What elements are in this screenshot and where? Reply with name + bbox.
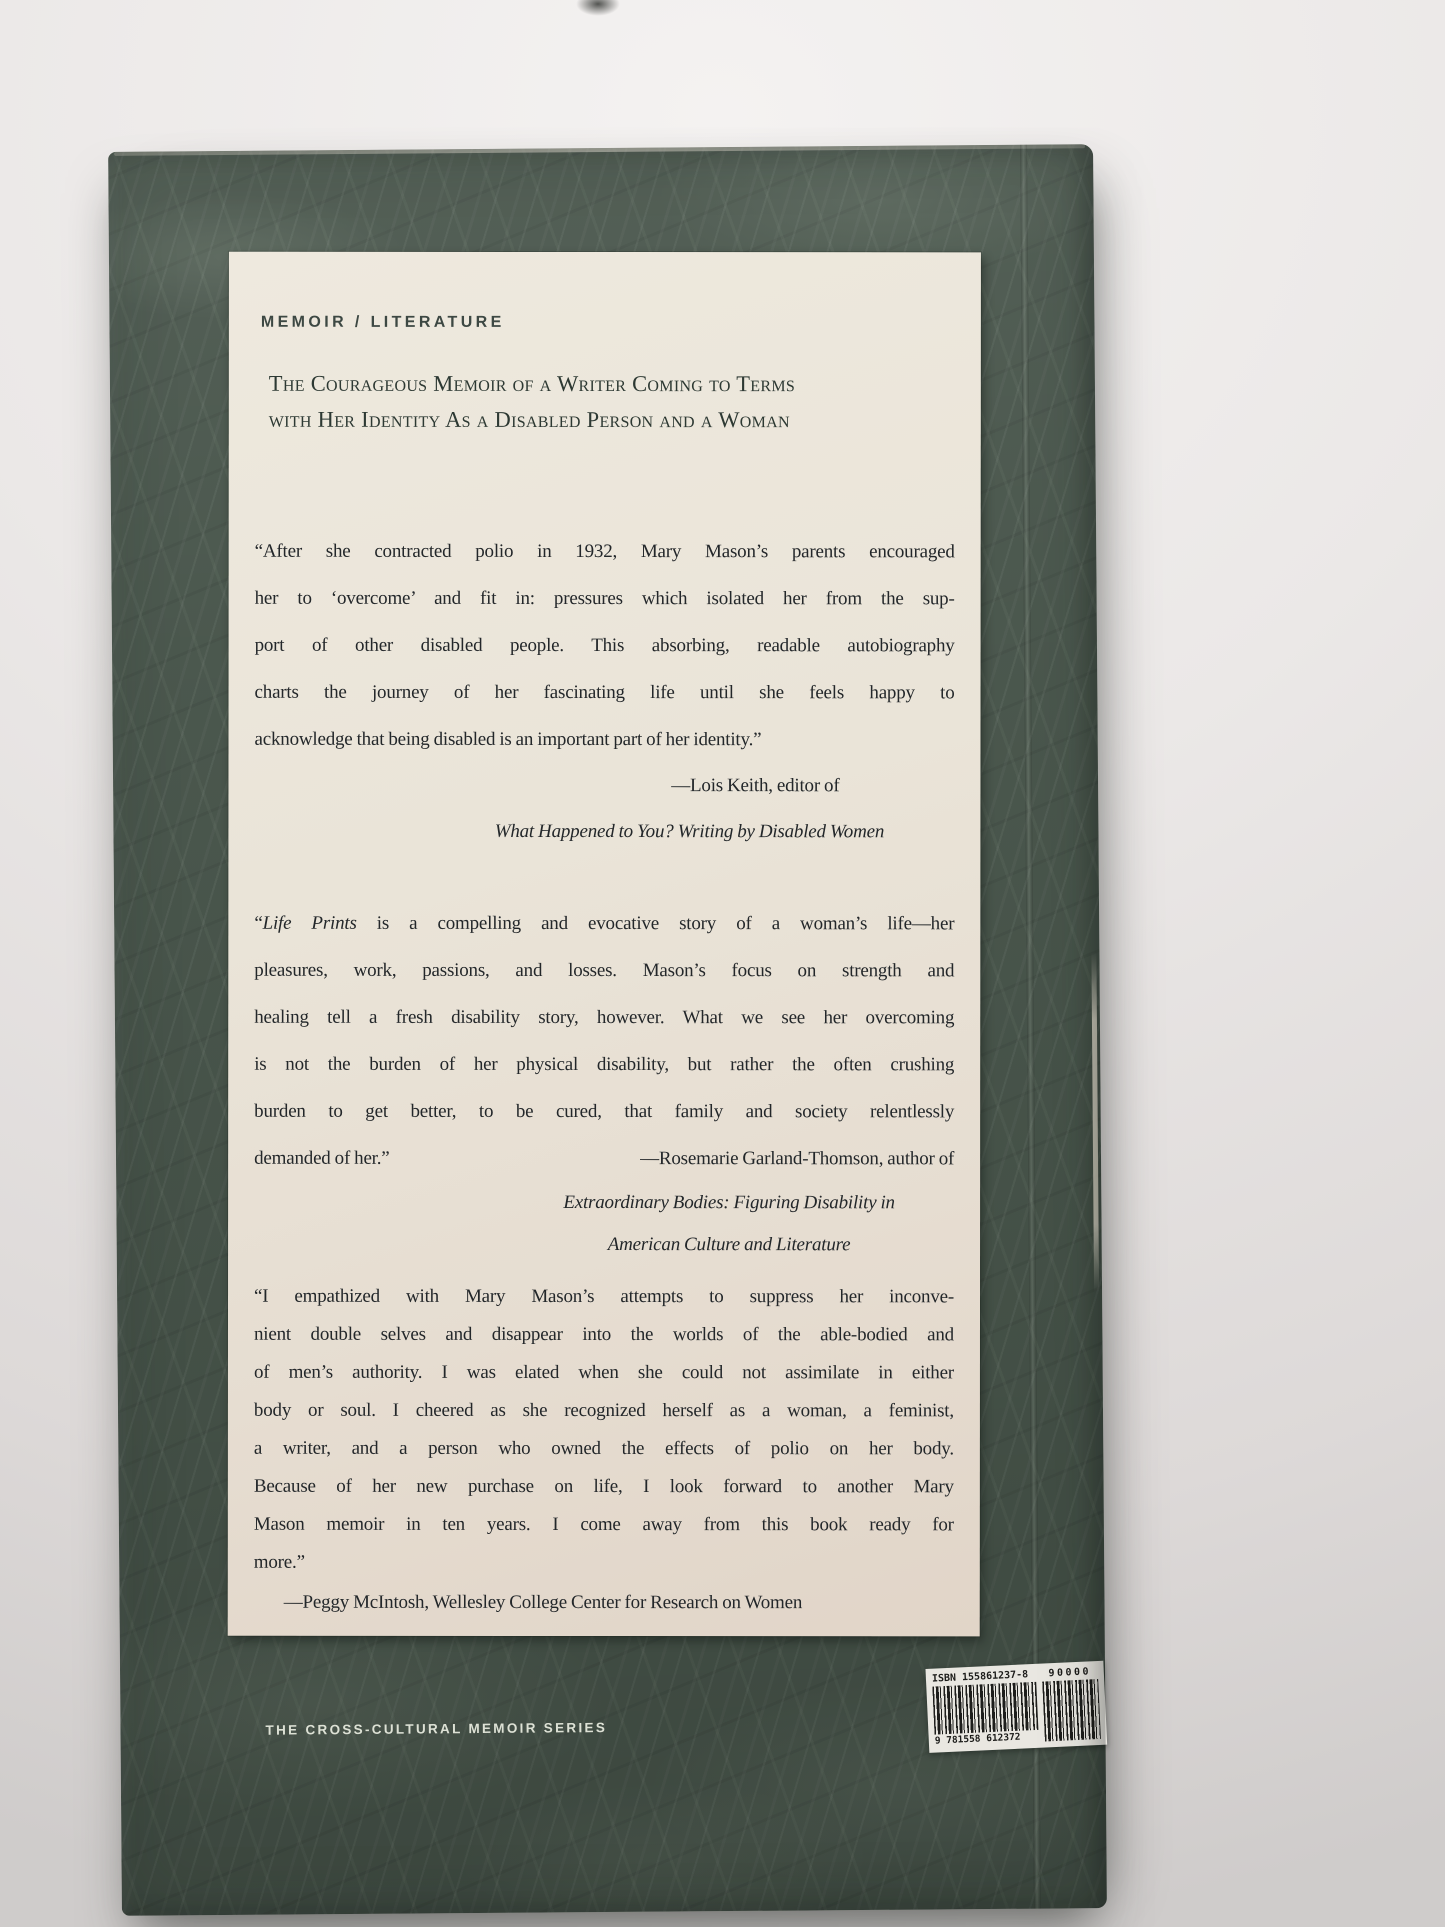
quote-line: port of other disabled people. This abso… [255,622,955,670]
quote-line: “After she contracted polio in 1932, Mar… [255,528,955,576]
quote-line: healing tell a fresh disability story, h… [254,994,954,1042]
quote-line: nient double selves and disappear into t… [254,1316,954,1355]
blurb-garland-thomson: “Life Prints is a compelling and evocati… [254,900,954,1267]
barcode-supplement-group: 90000 [1042,1666,1101,1742]
blurb-attribution: —Peggy McIntosh, Wellesley College Cente… [254,1582,954,1625]
cited-work-title: American Culture and Literature [254,1224,954,1267]
headline-line-1: The Courageous Memoir of a Writer Coming… [269,366,955,403]
page-edge-sliver [1091,952,1099,1292]
book-title-italic: Life Prints [263,913,357,934]
quote-line: Mason memoir in ten years. I come away f… [254,1506,954,1545]
quote-line: of men’s authority. I was elated when sh… [254,1354,954,1393]
blurb-attribution: —Rosemarie Garland-Thomson, author of [640,1135,954,1182]
quote-line: body or soul. I cheered as she recognize… [254,1392,954,1431]
quote-line: Because of her new purchase on life, I l… [254,1468,954,1507]
photo-smudge [576,0,620,16]
series-title: THE CROSS-CULTURAL MEMOIR SERIES [265,1720,607,1738]
quote-line-end: demanded of her.” [254,1135,389,1182]
cited-work-title: Extraordinary Bodies: Figuring Disabilit… [254,1182,954,1225]
ean-barcode [932,1682,1038,1735]
quote-line: more.” [254,1544,954,1583]
quote-line: burden to get better, to be cured, that … [254,1088,954,1136]
blurb-attribution: —Lois Keith, editor of [254,763,954,810]
quote-line: acknowledge that being disabled is an im… [254,716,954,764]
photo-backdrop: MEMOIR / LITERATURE The Courageous Memoi… [0,0,1445,1927]
genre-label: MEMOIR / LITERATURE [261,314,955,333]
quote-line: charts the journey of her fascinating li… [255,669,955,717]
price-supplement-code: 90000 [1042,1666,1098,1680]
quote-last-line: demanded of her.” —Rosemarie Garland-Tho… [254,1135,954,1183]
quote-line: is not the burden of her physical disabi… [254,1041,954,1089]
blurb-peggy-mcintosh: “I empathized with Mary Mason’s attempts… [254,1278,954,1625]
supplement-barcode [1042,1679,1101,1742]
blurb-lois-keith: “After she contracted polio in 1932, Mar… [254,528,954,855]
quote-line-rest: is a compelling and evocative story of a… [357,913,955,935]
quote-line: “Life Prints is a compelling and evocati… [254,900,954,948]
cover-headline: The Courageous Memoir of a Writer Coming… [269,366,955,439]
quote-line: her to ‘overcome’ and fit in: pressures … [255,575,955,623]
quote-line: a writer, and a person who owned the eff… [254,1430,954,1469]
cover-text-panel: MEMOIR / LITERATURE The Courageous Memoi… [228,252,981,1637]
book-back-cover: MEMOIR / LITERATURE The Courageous Memoi… [108,144,1107,1916]
headline-line-2: with Her Identity As a Disabled Person a… [269,402,955,439]
page-edge-top [114,144,1085,156]
quote-line: “I empathized with Mary Mason’s attempts… [254,1278,954,1317]
cited-work-title: What Happened to You? Writing by Disable… [254,809,954,855]
quote-line: pleasures, work, passions, and losses. M… [254,947,954,995]
barcode-main-group: ISBN 155861237-8 9 781558 612372 [932,1669,1039,1747]
jacket-fold-line [1020,145,1041,1909]
barcode-label: ISBN 155861237-8 9 781558 612372 90000 [925,1661,1107,1753]
